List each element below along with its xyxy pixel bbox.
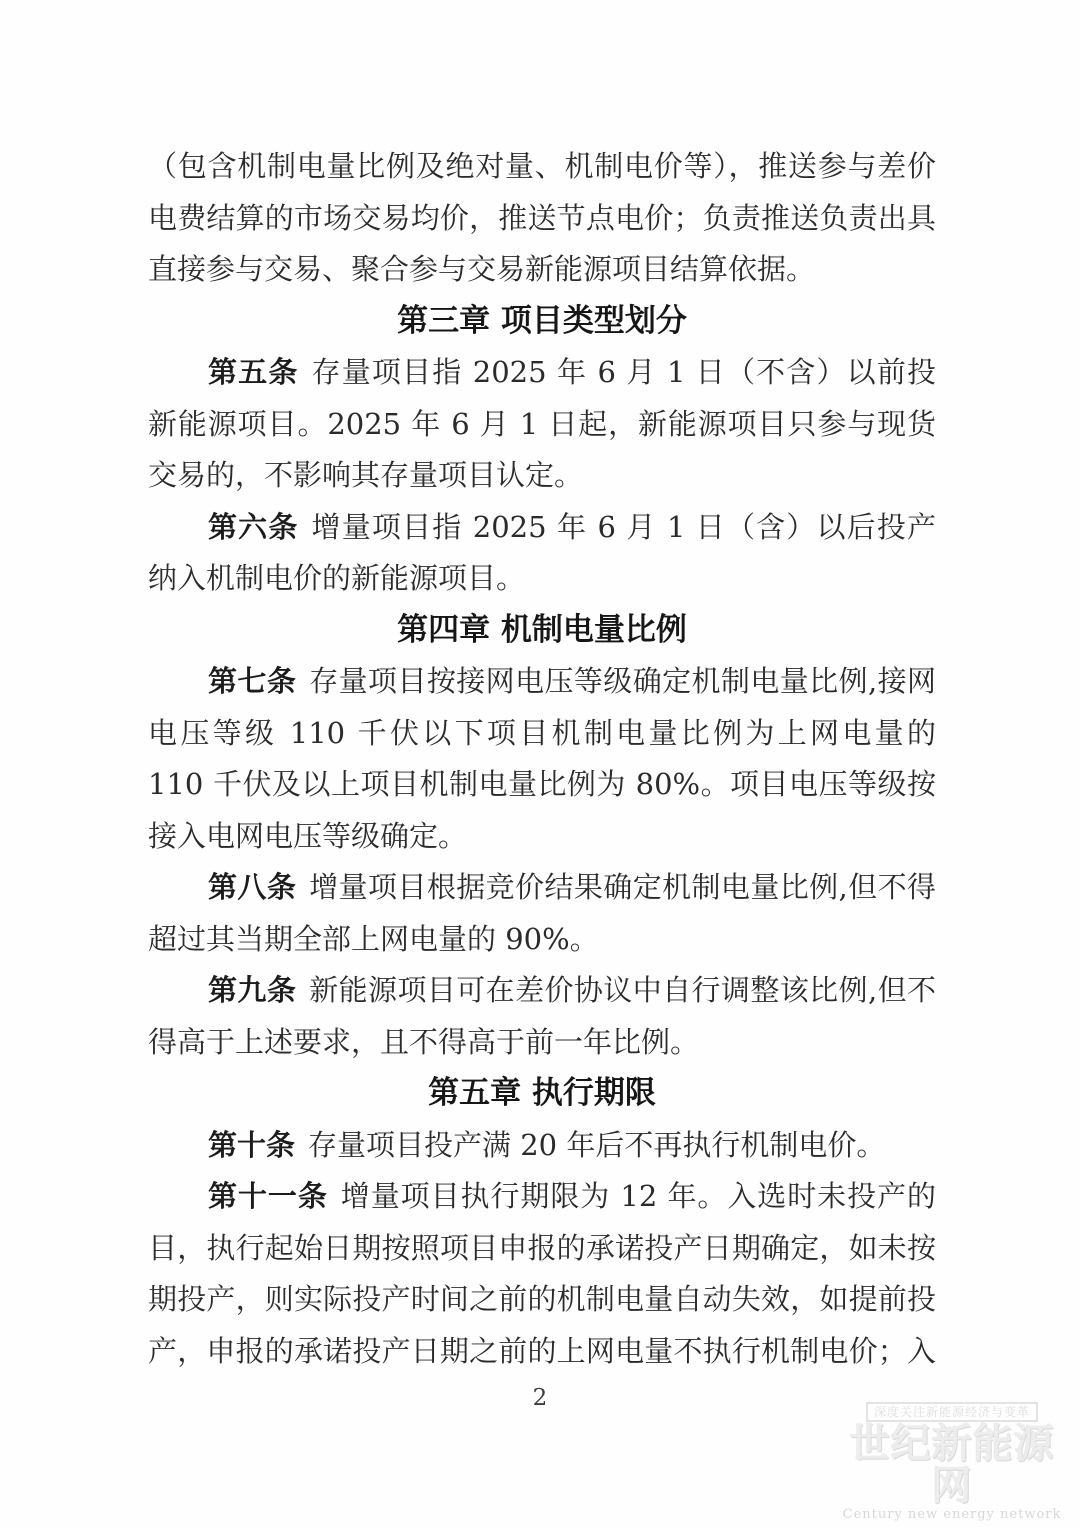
article-11-line: 期投产，则实际投产时间之前的机制电量自动失效，如提前投	[148, 1274, 936, 1326]
intro-paragraph-line: 直接参与交易、聚合参与交易新能源项目结算依据。	[148, 244, 936, 296]
watermark-english-caption: Century new energy network	[834, 1507, 1070, 1523]
chapter-5-heading: 第五章 执行期限	[148, 1068, 936, 1120]
site-watermark: 深度关注新能源经济与变革 世纪新能源网 Century new energy n…	[834, 1401, 1070, 1523]
article-10-line: 第十条存量项目投产满 20 年后不再执行机制电价。	[148, 1120, 936, 1172]
article-6-line: 纳入机制电价的新能源项目。	[148, 553, 936, 605]
watermark-logo: 世纪新能源网	[834, 1423, 1070, 1507]
article-6-line: 第六条增量项目指 2025 年 6 月 1 日（含）以后投产且未	[148, 502, 936, 554]
article-5-number: 第五条	[208, 355, 299, 389]
article-7-line: 第七条存量项目按接网电压等级确定机制电量比例,接网	[148, 656, 936, 708]
document-body: （包含机制电量比例及绝对量、机制电价等），推送参与差价 电费结算的市场交易均价，…	[148, 141, 936, 1377]
article-6-number: 第六条	[208, 510, 299, 544]
article-7-number: 第七条	[208, 664, 296, 698]
article-11-line: 第十一条增量项目执行期限为 12 年。入选时未投产的项	[148, 1171, 936, 1223]
article-7-line: 接入电网电压等级确定。	[148, 811, 936, 863]
article-8-text: 增量项目根据竞价结果确定机制电量比例,但不得	[309, 870, 936, 904]
article-5-line: 新能源项目。2025 年 6 月 1 日起，新能源项目只参与现货市场	[148, 399, 936, 451]
article-7-line: 电压等级 110 千伏以下项目机制电量比例为上网电量的 100%，	[148, 708, 936, 760]
chapter-4-heading: 第四章 机制电量比例	[148, 605, 936, 657]
article-9-number: 第九条	[208, 973, 296, 1007]
article-10-number: 第十条	[208, 1128, 295, 1162]
article-5-line: 第五条存量项目指 2025 年 6 月 1 日（不含）以前投产的	[148, 347, 936, 399]
article-9-line: 得高于上述要求，且不得高于前一年比例。	[148, 1017, 936, 1069]
article-9-text: 新能源项目可在差价协议中自行调整该比例,但不	[309, 973, 936, 1007]
article-8-line: 超过其当期全部上网电量的 90%。	[148, 914, 936, 966]
article-11-line: 产，申报的承诺投产日期之前的上网电量不执行机制电价；入	[148, 1326, 936, 1378]
intro-paragraph-line: （包含机制电量比例及绝对量、机制电价等），推送参与差价	[148, 141, 936, 193]
article-10-text: 存量项目投产满 20 年后不再执行机制电价。	[308, 1128, 885, 1162]
article-8-line: 第八条增量项目根据竞价结果确定机制电量比例,但不得	[148, 862, 936, 914]
article-7-text: 存量项目按接网电压等级确定机制电量比例,接网	[309, 664, 936, 698]
watermark-tagline: 深度关注新能源经济与变革	[866, 1402, 1038, 1422]
article-9-line: 第九条新能源项目可在差价协议中自行调整该比例,但不	[148, 965, 936, 1017]
intro-paragraph-line: 电费结算的市场交易均价，推送节点电价；负责推送负责出具	[148, 193, 936, 245]
article-8-number: 第八条	[208, 870, 296, 904]
article-7-line: 110 千伏及以上项目机制电量比例为 80%。项目电压等级按最终	[148, 759, 936, 811]
document-page: （包含机制电量比例及绝对量、机制电价等），推送参与差价 电费结算的市场交易均价，…	[0, 0, 1080, 1527]
article-5-line: 交易的，不影响其存量项目认定。	[148, 450, 936, 502]
chapter-3-heading: 第三章 项目类型划分	[148, 296, 936, 348]
article-11-number: 第十一条	[208, 1179, 328, 1213]
article-11-line: 目，执行起始日期按照项目申报的承诺投产日期确定，如未按	[148, 1223, 936, 1275]
